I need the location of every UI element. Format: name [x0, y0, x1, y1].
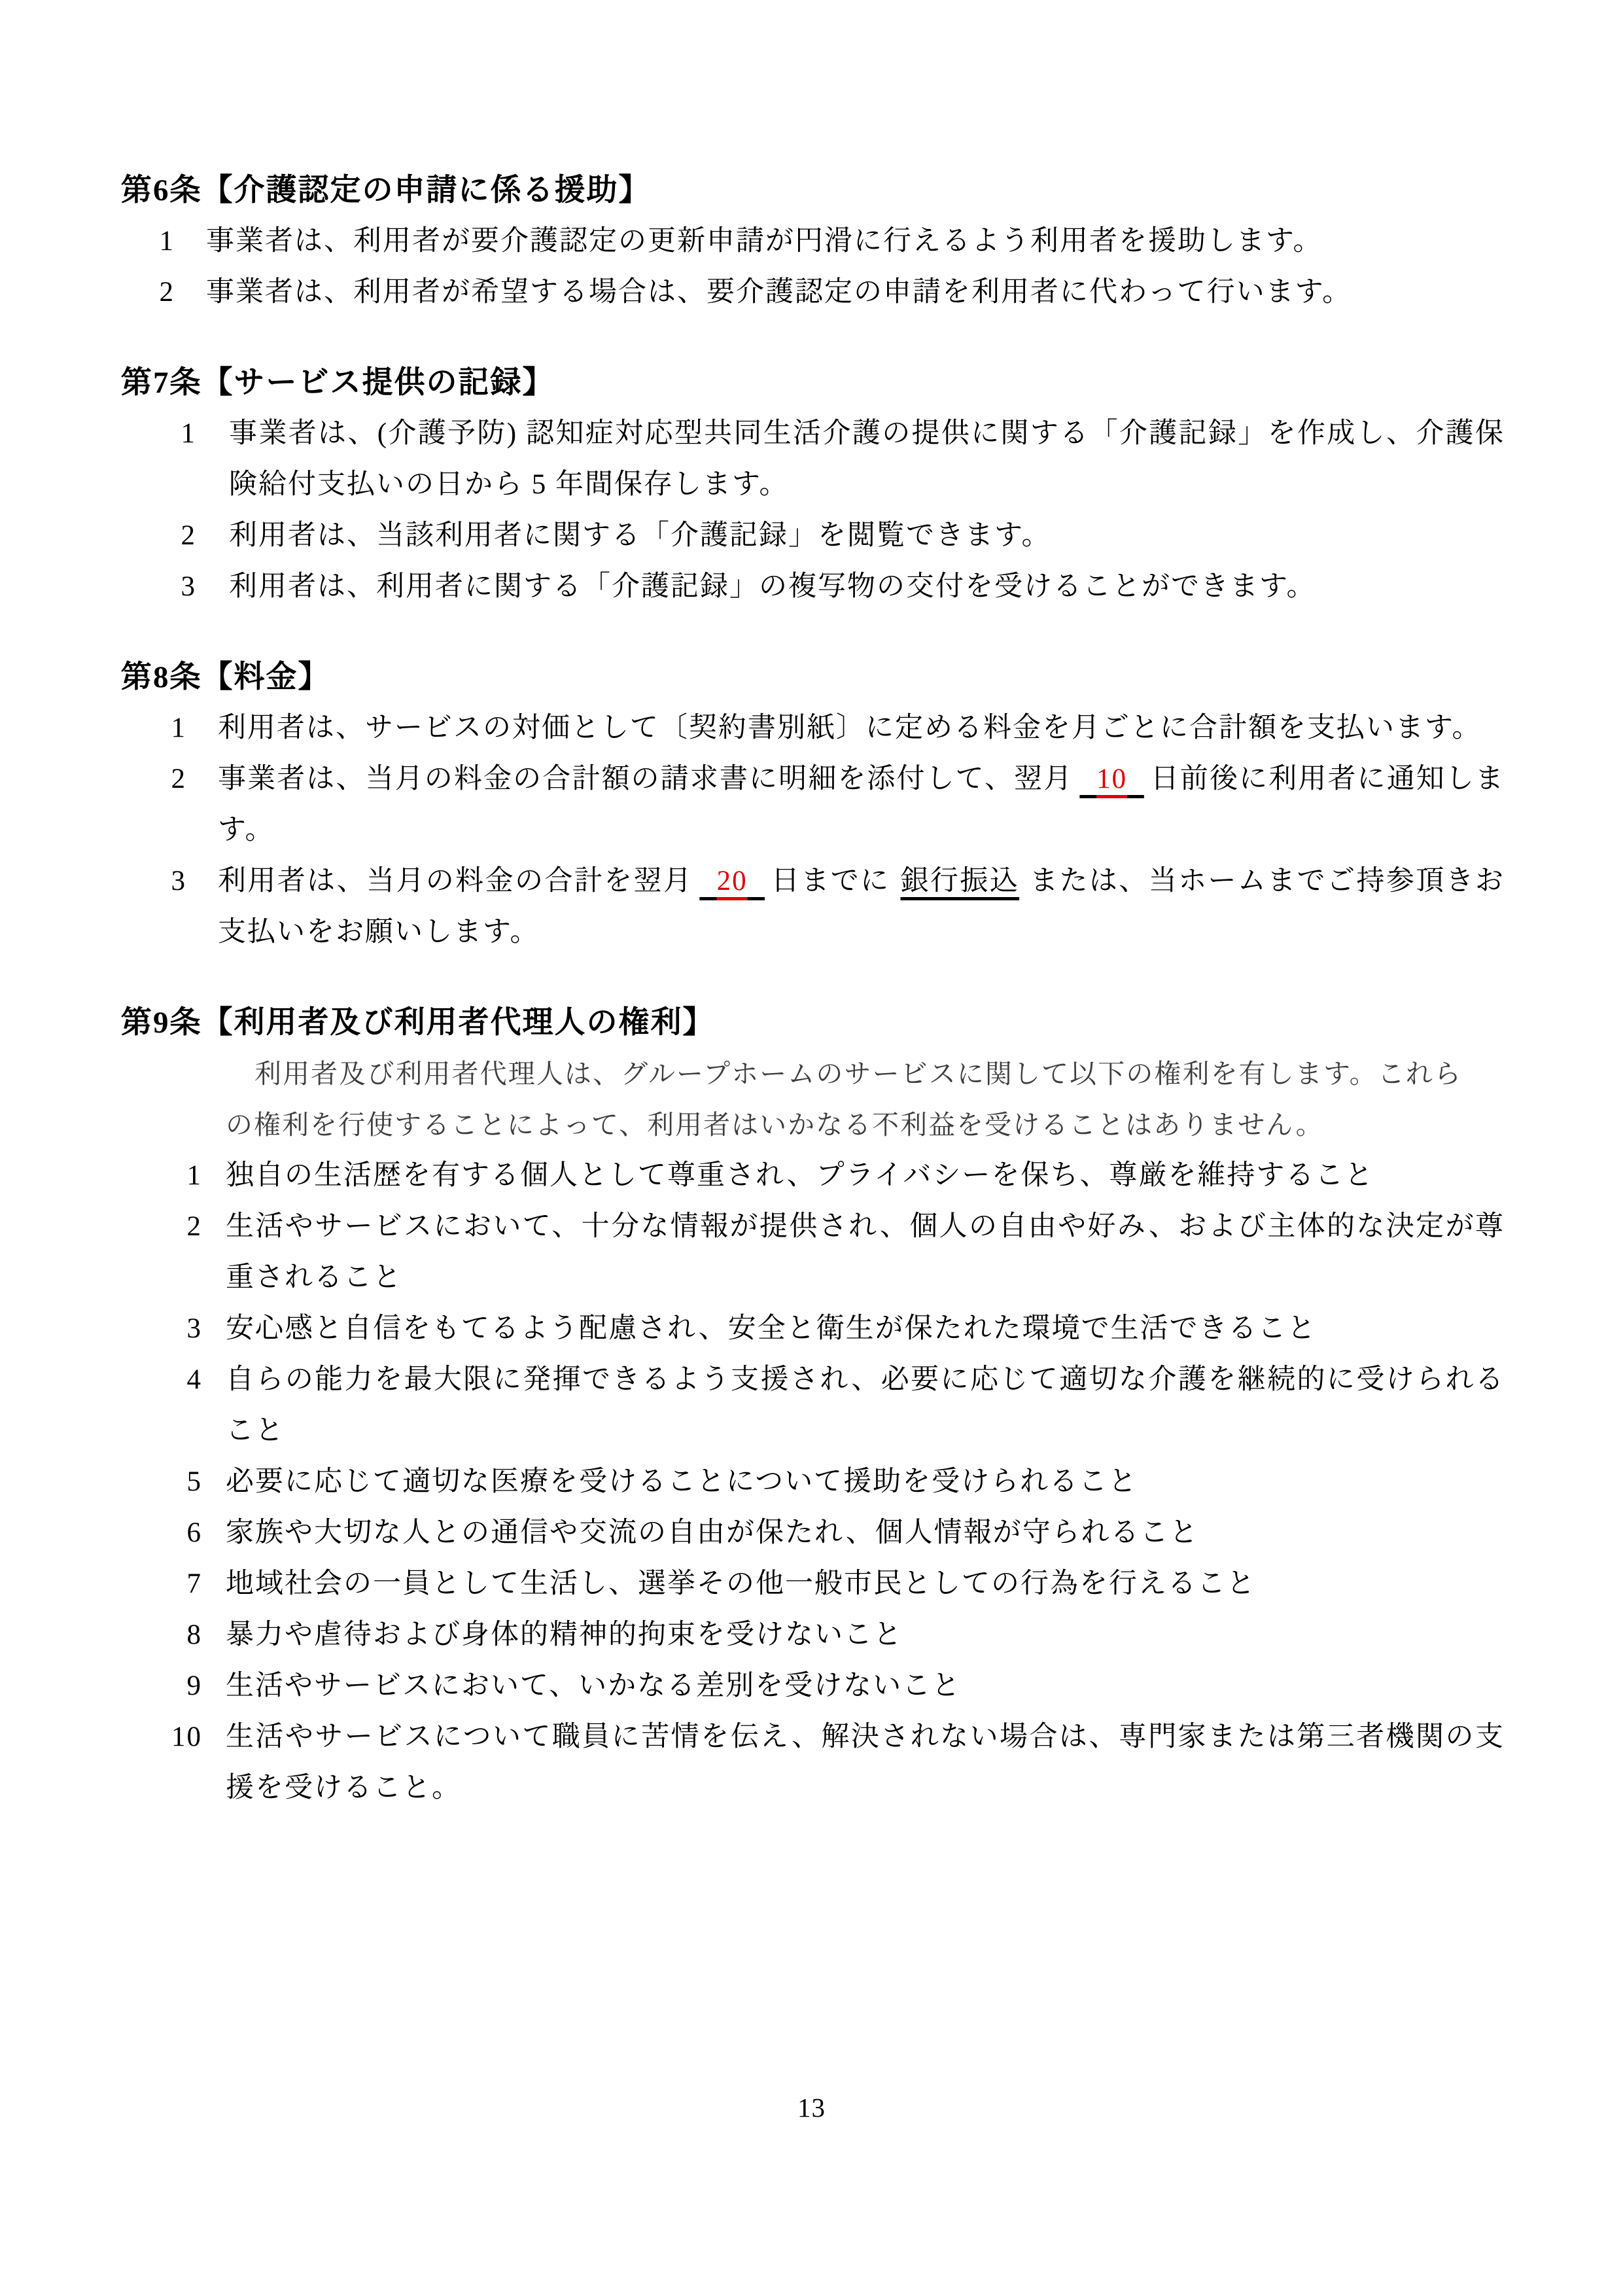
article-9: 第9条【利用者及び利用者代理人の権利】 利用者及び利用者代理人は、グループホーム…	[121, 997, 1505, 1814]
item-text-pre: 利用者は、当月の料金の合計を翌月	[218, 866, 693, 896]
item-number: 7	[121, 1559, 226, 1610]
item-text: 事業者は、(介護予防) 認知症対応型共同生活介護の提供に関する「介護記録」を作成…	[229, 408, 1505, 510]
page-number: 13	[0, 2091, 1623, 2124]
contract-document-page: 第6条【介護認定の申請に係る援助】 1 事業者は、利用者が要介護認定の更新申請が…	[0, 0, 1623, 2296]
item-number: 3	[121, 1303, 226, 1354]
page-content: 第6条【介護認定の申請に係る援助】 1 事業者は、利用者が要介護認定の更新申請が…	[121, 165, 1505, 1814]
item-number: 10	[121, 1712, 226, 1763]
item-number: 3	[121, 561, 229, 612]
article-6-heading: 第6条【介護認定の申請に係る援助】	[121, 165, 1505, 216]
item-text: 地域社会の一員として生活し、選挙その他一般市民としての行為を行えること	[226, 1559, 1505, 1610]
article-6-item-1: 1 事業者は、利用者が要介護認定の更新申請が円滑に行えるよう利用者を援助します。	[121, 216, 1505, 267]
article-7-item-3: 3 利用者は、利用者に関する「介護記録」の複写物の交付を受けることができます。	[121, 561, 1505, 612]
item-text: 生活やサービスにおいて、十分な情報が提供され、個人の自由や好み、および主体的な決…	[226, 1201, 1505, 1303]
item-text-pre: 事業者は、当月の料金の合計額の請求書に明細を添付して、翌月	[218, 764, 1073, 794]
article-9-item-7: 7 地域社会の一員として生活し、選挙その他一般市民としての行為を行えること	[121, 1559, 1505, 1610]
item-number: 3	[121, 856, 218, 907]
notify-day-blank: 10	[1079, 764, 1143, 794]
item-text: 生活やサービスにおいて、いかなる差別を受けないこと	[226, 1661, 1505, 1712]
item-text: 暴力や虐待および身体的精神的拘束を受けないこと	[226, 1610, 1505, 1661]
item-text: 生活やサービスについて職員に苦情を伝え、解決されない場合は、専門家または第三者機…	[226, 1712, 1505, 1814]
blank-pad	[748, 866, 765, 896]
item-number: 2	[121, 510, 229, 561]
article-8-heading: 第8条【料金】	[121, 652, 1505, 703]
article-9-intro: 利用者及び利用者代理人は、グループホームのサービスに関して以下の権利を有します。…	[226, 1048, 1462, 1150]
payment-method: 銀行振込	[901, 866, 1020, 896]
article-8-item-3: 3 利用者は、当月の料金の合計を翌月 20 日までに銀行振込または、当ホームまで…	[121, 856, 1505, 958]
item-text: 利用者は、利用者に関する「介護記録」の複写物の交付を受けることができます。	[229, 561, 1505, 612]
item-number: 1	[121, 216, 206, 267]
item-text: 事業者は、利用者が要介護認定の更新申請が円滑に行えるよう利用者を援助します。	[206, 216, 1505, 267]
item-text: 独自の生活歴を有する個人として尊重され、プライバシーを保ち、尊厳を維持すること	[226, 1150, 1505, 1201]
payment-day-blank: 20	[699, 866, 765, 896]
item-text: 利用者は、サービスの対価として〔契約書別紙〕に定める料金を月ごとに合計額を支払い…	[218, 703, 1505, 754]
article-9-item-4: 4 自らの能力を最大限に発揮できるよう支援され、必要に応じて適切な介護を継続的に…	[121, 1354, 1505, 1457]
item-number: 1	[121, 408, 229, 459]
item-text: 事業者は、利用者が希望する場合は、要介護認定の申請を利用者に代わって行います。	[206, 267, 1505, 318]
item-text: 自らの能力を最大限に発揮できるよう支援され、必要に応じて適切な介護を継続的に受け…	[226, 1354, 1505, 1457]
notify-day-value: 10	[1096, 764, 1127, 794]
item-number: 2	[121, 1201, 226, 1252]
item-number: 9	[121, 1661, 226, 1712]
item-text: 利用者は、当該利用者に関する「介護記録」を閲覧できます。	[229, 510, 1505, 561]
item-text: 安心感と自信をもてるよう配慮され、安全と衛生が保たれた環境で生活できること	[226, 1303, 1505, 1354]
article-9-item-10: 10 生活やサービスについて職員に苦情を伝え、解決されない場合は、専門家または第…	[121, 1712, 1505, 1814]
item-number: 1	[121, 703, 218, 754]
item-text: 事業者は、当月の料金の合計額の請求書に明細を添付して、翌月 10 日前後に利用者…	[218, 754, 1505, 856]
payment-day-value: 20	[717, 866, 748, 896]
article-8-item-2: 2 事業者は、当月の料金の合計額の請求書に明細を添付して、翌月 10 日前後に利…	[121, 754, 1505, 856]
article-9-item-2: 2 生活やサービスにおいて、十分な情報が提供され、個人の自由や好み、および主体的…	[121, 1201, 1505, 1303]
item-number: 5	[121, 1457, 226, 1508]
item-number: 8	[121, 1610, 226, 1661]
item-text: 必要に応じて適切な医療を受けることについて援助を受けられること	[226, 1457, 1505, 1508]
article-9-item-1: 1 独自の生活歴を有する個人として尊重され、プライバシーを保ち、尊厳を維持するこ…	[121, 1150, 1505, 1201]
article-9-item-8: 8 暴力や虐待および身体的精神的拘束を受けないこと	[121, 1610, 1505, 1661]
article-7-item-1: 1 事業者は、(介護予防) 認知症対応型共同生活介護の提供に関する「介護記録」を…	[121, 408, 1505, 510]
article-9-item-9: 9 生活やサービスにおいて、いかなる差別を受けないこと	[121, 1661, 1505, 1712]
item-text-mid: 日までに	[771, 866, 890, 896]
item-number: 1	[121, 1150, 226, 1201]
item-text: 家族や大切な人との通信や交流の自由が保たれ、個人情報が守られること	[226, 1508, 1505, 1559]
article-9-item-6: 6 家族や大切な人との通信や交流の自由が保たれ、個人情報が守られること	[121, 1508, 1505, 1559]
item-text: 利用者は、当月の料金の合計を翌月 20 日までに銀行振込または、当ホームまでご持…	[218, 856, 1505, 958]
article-7: 第7条【サービス提供の記録】 1 事業者は、(介護予防) 認知症対応型共同生活介…	[121, 357, 1505, 612]
item-number: 2	[121, 267, 206, 318]
article-7-item-2: 2 利用者は、当該利用者に関する「介護記録」を閲覧できます。	[121, 510, 1505, 561]
article-9-item-5: 5 必要に応じて適切な医療を受けることについて援助を受けられること	[121, 1457, 1505, 1508]
item-number: 4	[121, 1354, 226, 1405]
blank-pad	[699, 866, 716, 896]
item-number: 6	[121, 1508, 226, 1559]
article-8: 第8条【料金】 1 利用者は、サービスの対価として〔契約書別紙〕に定める料金を月…	[121, 652, 1505, 958]
article-9-heading: 第9条【利用者及び利用者代理人の権利】	[121, 997, 1505, 1048]
item-number: 2	[121, 754, 218, 805]
article-7-heading: 第7条【サービス提供の記録】	[121, 357, 1505, 408]
blank-pad	[1079, 764, 1096, 794]
article-9-item-3: 3 安心感と自信をもてるよう配慮され、安全と衛生が保たれた環境で生活できること	[121, 1303, 1505, 1354]
article-8-item-1: 1 利用者は、サービスの対価として〔契約書別紙〕に定める料金を月ごとに合計額を支…	[121, 703, 1505, 754]
article-6-item-2: 2 事業者は、利用者が希望する場合は、要介護認定の申請を利用者に代わって行います…	[121, 267, 1505, 318]
blank-pad	[1127, 764, 1144, 794]
article-6: 第6条【介護認定の申請に係る援助】 1 事業者は、利用者が要介護認定の更新申請が…	[121, 165, 1505, 318]
